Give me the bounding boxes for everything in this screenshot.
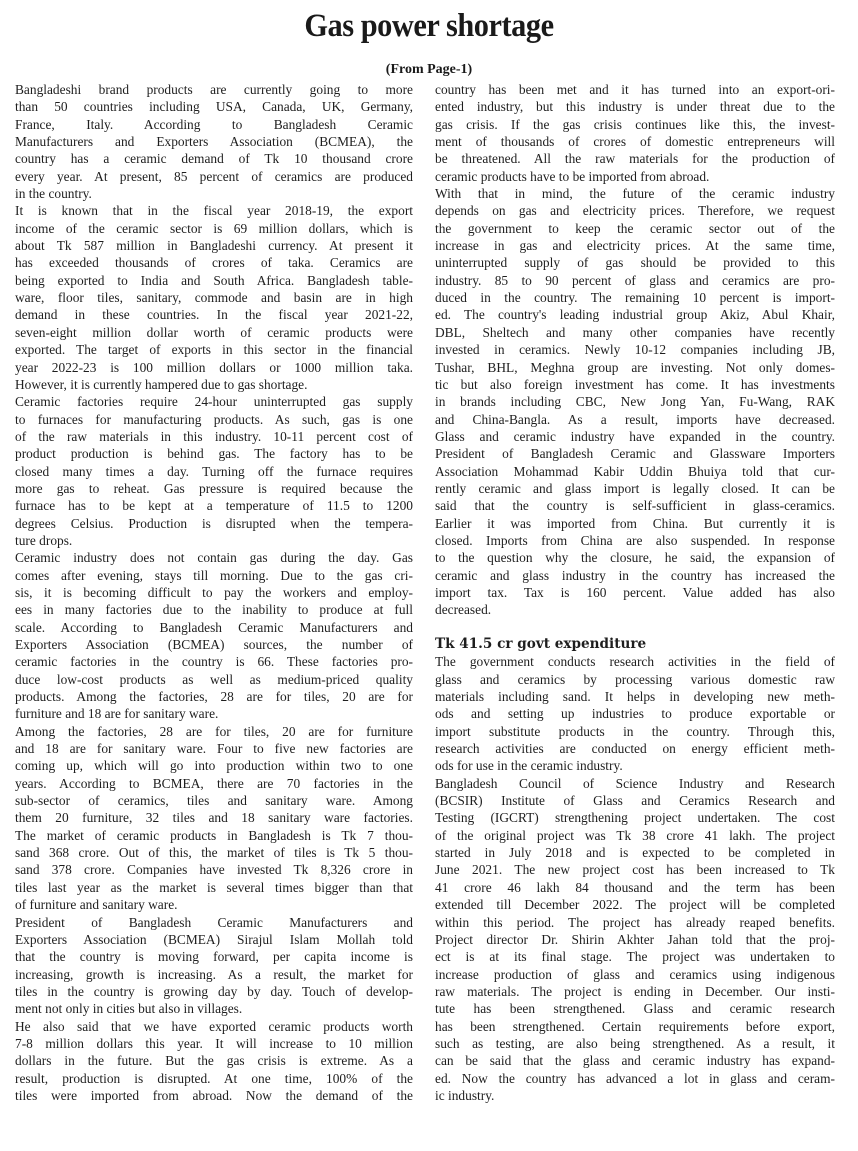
text-line: the government to keep the ceramic secto… <box>435 220 835 237</box>
text-line: tic but also foreign investment has come… <box>435 376 835 393</box>
text-line: 41 crore 46 lakh 84 thousand and the ter… <box>435 879 835 896</box>
text-line: closed. Imports from China are also susp… <box>435 532 835 549</box>
text-line: increase in gas and electricity prices. … <box>435 237 835 254</box>
text-line: industry. 85 to 90 percent of glass and … <box>435 272 835 289</box>
subheading: Tk 41.5 cr govt expenditure <box>435 636 835 653</box>
text-line: tute has been strengthened. Glass and ce… <box>435 1000 835 1017</box>
text-line: research activities are conducted on ene… <box>435 740 835 757</box>
text-line: Association Mohammad Kabir Uddin Bhuiya … <box>435 463 835 480</box>
text-line: Earlier it was imported from China. But … <box>435 515 835 532</box>
text-line: to the question why the closure, he said… <box>435 549 835 566</box>
text-line: ed. Now the country has advanced a lot i… <box>435 1070 835 1087</box>
text-line: degrees Celsius. Production is disrupted… <box>15 515 413 532</box>
text-line: started in July 2018 and is expected to … <box>435 844 835 861</box>
article-column-right: country has been met and it has turned i… <box>435 81 835 1104</box>
text-line: being exported to India and South Africa… <box>15 272 413 289</box>
text-line: import tax. Tax is 160 percent. Value ad… <box>435 584 835 601</box>
text-line: said that the country is self-sufficient… <box>435 497 835 514</box>
text-line: June 2021. The new project cost has been… <box>435 861 835 878</box>
text-line: The market of ceramic products in Bangla… <box>15 827 413 844</box>
text-line: be threatened. All the raw materials for… <box>435 150 835 167</box>
text-line: tiles were imported from abroad. Now the… <box>15 1087 413 1104</box>
text-line: products. Among the factories, 28 are fo… <box>15 688 413 705</box>
text-line: ceramic products have to be imported fro… <box>435 168 835 185</box>
text-line: raw materials. The project is ending in … <box>435 983 835 1000</box>
text-line: Exporters Association (BCMEA) sources, t… <box>15 636 413 653</box>
text-line: uninterrupted supply of gas should be pr… <box>435 254 835 271</box>
text-line: country has a ceramic demand of Tk 10 th… <box>15 150 413 167</box>
text-line: Glass and ceramic industry have expanded… <box>435 428 835 445</box>
text-line: in the country. <box>15 185 413 202</box>
text-line: Bangladesh Council of Science Industry a… <box>435 775 835 792</box>
text-line: import substitute products in the countr… <box>435 723 835 740</box>
text-line: such as testing, are also being strength… <box>435 1035 835 1052</box>
text-line: duced in the country. The remaining 10 p… <box>435 289 835 306</box>
text-line: Bangladeshi brand products are currently… <box>15 81 413 98</box>
text-line: Project director Dr. Shirin Akhter Jahan… <box>435 931 835 948</box>
text-line: Ceramic factories require 24-hour uninte… <box>15 393 413 410</box>
text-line: sis, it is becoming difficult to pay the… <box>15 584 413 601</box>
text-line: years. According to BCMEA, there are 70 … <box>15 775 413 792</box>
text-line: materials including sand. It helps in de… <box>435 688 835 705</box>
text-line: (BCSIR) Institute of Glass and Ceramics … <box>435 792 835 809</box>
text-line: ic industry. <box>435 1087 835 1104</box>
text-line: increase production of glass and ceramic… <box>435 966 835 983</box>
text-line: ented industry, but this industry is und… <box>435 98 835 115</box>
text-line: It is known that in the fiscal year 2018… <box>15 202 413 219</box>
text-line: comes after evening, stays till morning.… <box>15 567 413 584</box>
text-line: ware, floor tiles, sanitary, commode and… <box>15 289 413 306</box>
text-line: ods and setting up industries to produce… <box>435 705 835 722</box>
text-line: depends on gas and electricity prices. T… <box>435 202 835 219</box>
headline: Gas power shortage <box>34 8 823 45</box>
text-line: more gas to reheat. Gas pressure is requ… <box>15 480 413 497</box>
text-line: extended till December 2022. The project… <box>435 896 835 913</box>
text-line: France, Italy. According to Bangladesh C… <box>15 116 413 133</box>
section-gap <box>435 619 835 636</box>
text-line: of the raw materials in this industry. 1… <box>15 428 413 445</box>
text-line: country has been met and it has turned i… <box>435 81 835 98</box>
text-line: seven-eight million dollar worth of cera… <box>15 324 413 341</box>
column-right-part2: The government conducts research activit… <box>435 653 835 1104</box>
text-line: DBL, Sheltech and many other companies h… <box>435 324 835 341</box>
column-right-part1: country has been met and it has turned i… <box>435 81 835 619</box>
text-line: ods for use in the ceramic industry. <box>435 757 835 774</box>
text-line: demand in these countries. In the fiscal… <box>15 306 413 323</box>
text-line: that the country is moving forward, per … <box>15 948 413 965</box>
text-line: 7-8 million dollars this year. It will i… <box>15 1035 413 1052</box>
text-line: of the original project was Tk 38 crore … <box>435 827 835 844</box>
text-line: decreased. <box>435 601 835 618</box>
text-line: closed many times a day. Turning off the… <box>15 463 413 480</box>
text-line: tiles in the country is growing day by d… <box>15 983 413 1000</box>
text-line: Among the factories, 28 are for tiles, 2… <box>15 723 413 740</box>
text-line: Tushar, BHL, Meghna group are investing.… <box>435 359 835 376</box>
text-line: gas crisis. If the gas crisis continues … <box>435 116 835 133</box>
text-line: glass and ceramics by processing various… <box>435 671 835 688</box>
text-line: Ceramic industry does not contain gas du… <box>15 549 413 566</box>
text-line: invested in ceramics. Newly 10-12 compan… <box>435 341 835 358</box>
continuation-label: (From Page-1) <box>0 62 858 78</box>
text-line: about Tk 587 million in Bangladeshi curr… <box>15 237 413 254</box>
text-line: furniture and 18 are for sanitary ware. <box>15 705 413 722</box>
text-line: ment of thousands of crores of domestic … <box>435 133 835 150</box>
text-line: product production is behind gas. The fa… <box>15 445 413 462</box>
article-column-left: Bangladeshi brand products are currently… <box>15 81 413 1104</box>
text-line: Manufacturers and Exporters Association … <box>15 133 413 150</box>
text-line: furnace has to be kept at a temperature … <box>15 497 413 514</box>
text-line: ture drops. <box>15 532 413 549</box>
text-line: President of Bangladesh Ceramic Manufact… <box>15 914 413 931</box>
text-line: duce low-cost products as well as medium… <box>15 671 413 688</box>
text-line: He also said that we have exported ceram… <box>15 1018 413 1035</box>
text-line: can be said that the glass and ceramic i… <box>435 1052 835 1069</box>
text-line: ceramic factories in the country is 66. … <box>15 653 413 670</box>
text-line: has exceeded thousands of crores of taka… <box>15 254 413 271</box>
text-line: increasing, growth is increasing. As a r… <box>15 966 413 983</box>
text-line: tiles last year as the market is several… <box>15 879 413 896</box>
text-line: Testing (IGCRT) strengthening project un… <box>435 809 835 826</box>
text-line: and China-Bangla. As a result, imports h… <box>435 411 835 428</box>
text-line: to furnaces for manufacturing products. … <box>15 411 413 428</box>
text-line: ees in many factories due to the inabili… <box>15 601 413 618</box>
text-line: income of the ceramic sector is 69 milli… <box>15 220 413 237</box>
text-line: within this period. The project has alre… <box>435 914 835 931</box>
text-line: ment not only in cities but also in vill… <box>15 1000 413 1017</box>
text-line: ed. The country's leading industrial gro… <box>435 306 835 323</box>
text-line: result, production is disrupted. At one … <box>15 1070 413 1087</box>
text-line: ect is at its final stage. The project w… <box>435 948 835 965</box>
text-line: sand 368 crore. Out of this, the market … <box>15 844 413 861</box>
text-line: exported. The target of exports in this … <box>15 341 413 358</box>
text-line: of furniture and sanitary ware. <box>15 896 413 913</box>
text-line: However, it is currently hampered due to… <box>15 376 413 393</box>
text-line: and 18 are for sanitary ware. Four to fi… <box>15 740 413 757</box>
text-line: ceramic and glass industry in the countr… <box>435 567 835 584</box>
text-line: them 20 furniture, 32 tiles and 18 sanit… <box>15 809 413 826</box>
text-line: in brands including CBC, New Jong Yan, F… <box>435 393 835 410</box>
text-line: President of Bangladesh Ceramic and Glas… <box>435 445 835 462</box>
text-line: year 2022-23 is 100 million dollars or 1… <box>15 359 413 376</box>
text-line: sub-sector of ceramics, tiles and sanita… <box>15 792 413 809</box>
text-line: With that in mind, the future of the cer… <box>435 185 835 202</box>
text-line: Exporters Association (BCMEA) Sirajul Is… <box>15 931 413 948</box>
text-line: sand 378 crore. Companies have invested … <box>15 861 413 878</box>
text-line: scale. According to Bangladesh Ceramic M… <box>15 619 413 636</box>
text-line: has been strengthened. Certain requireme… <box>435 1018 835 1035</box>
text-line: than 50 countries including USA, Canada,… <box>15 98 413 115</box>
text-line: dollars in the future. But the gas crisi… <box>15 1052 413 1069</box>
text-line: coming up, which will go into production… <box>15 757 413 774</box>
text-line: rently ceramic and glass import is legal… <box>435 480 835 497</box>
text-line: The government conducts research activit… <box>435 653 835 670</box>
text-line: every year. At present, 85 percent of ce… <box>15 168 413 185</box>
